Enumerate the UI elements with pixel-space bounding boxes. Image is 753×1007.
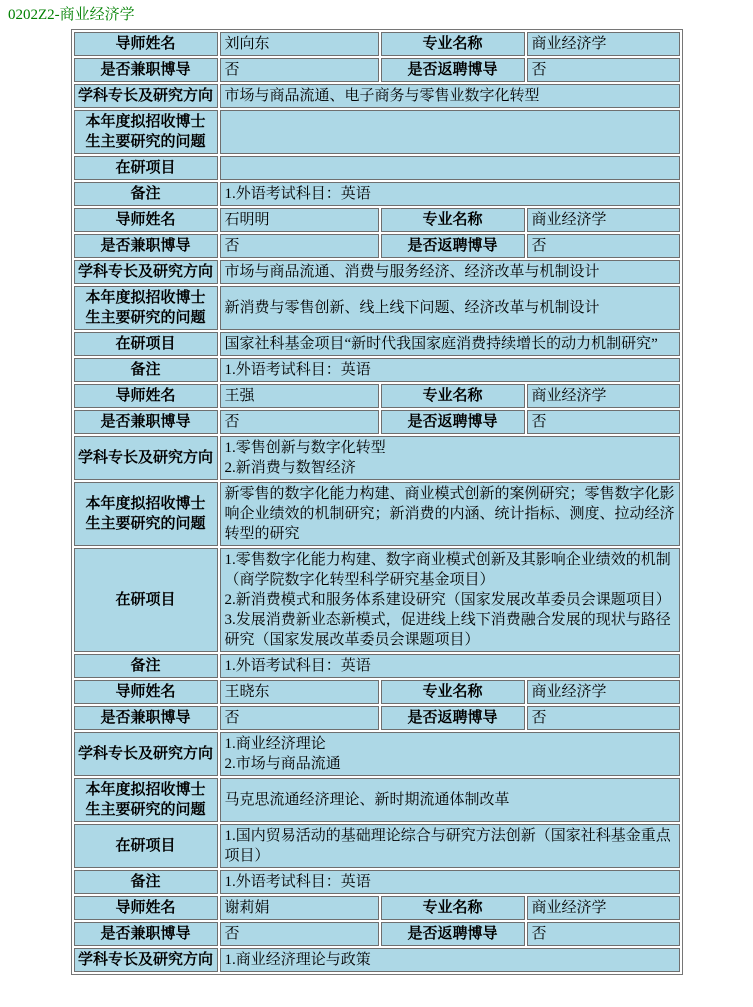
projects-value: 1.零售数字化能力构建、数字商业模式创新及其影响企业绩效的机制（商学院数字化转型… [220, 548, 680, 652]
parttime-label: 是否兼职博导 [74, 922, 218, 946]
page: 0202Z2-商业经济学 导师姓名 刘向东 专业名称 商业经济学 是否兼职博导 … [0, 0, 753, 1007]
remark-label: 备注 [74, 182, 218, 206]
parttime-label: 是否兼职博导 [74, 706, 218, 730]
remark-value: 1.外语考试科目：英语 [220, 654, 680, 678]
tutor-name-value: 王晓东 [220, 680, 379, 704]
major-value: 商业经济学 [527, 208, 680, 232]
questions-value: 新消费与零售创新、线上线下问题、经济改革与机制设计 [220, 286, 680, 330]
tutor-name-label: 导师姓名 [74, 208, 218, 232]
tutor-name-value: 谢莉娟 [220, 896, 379, 920]
tutor-block: 导师姓名 谢莉娟 专业名称 商业经济学 是否兼职博导 否 是否返聘博导 否 学科… [74, 896, 680, 972]
remark-label: 备注 [74, 358, 218, 382]
projects-label: 在研项目 [74, 332, 218, 356]
parttime-label: 是否兼职博导 [74, 234, 218, 258]
major-label: 专业名称 [381, 208, 525, 232]
questions-label: 本年度拟招收博士 生主要研究的问题 [74, 482, 218, 546]
major-value: 商业经济学 [527, 384, 680, 408]
tutor-name-value: 王强 [220, 384, 379, 408]
remark-value: 1.外语考试科目：英语 [220, 358, 680, 382]
parttime-value: 否 [220, 410, 379, 434]
tutor-name-value: 石明明 [220, 208, 379, 232]
tutor-block: 导师姓名 石明明 专业名称 商业经济学 是否兼职博导 否 是否返聘博导 否 学科… [74, 208, 680, 382]
major-label: 专业名称 [381, 896, 525, 920]
tutor-block: 导师姓名 刘向东 专业名称 商业经济学 是否兼职博导 否 是否返聘博导 否 学科… [74, 32, 680, 206]
projects-value: 1.国内贸易活动的基础理论综合与研究方法创新（国家社科基金重点项目） [220, 824, 680, 868]
parttime-value: 否 [220, 706, 379, 730]
questions-value: 马克思流通经济理论、新时期流通体制改革 [220, 778, 680, 822]
page-title: 0202Z2-商业经济学 [0, 0, 753, 29]
rehired-value: 否 [527, 922, 680, 946]
parttime-value: 否 [220, 922, 379, 946]
rehired-value: 否 [527, 58, 680, 82]
tutor-name-label: 导师姓名 [74, 680, 218, 704]
expertise-value: 市场与商品流通、电子商务与零售业数字化转型 [220, 84, 680, 108]
expertise-value: 1.零售创新与数字化转型 2.新消费与数智经济 [220, 436, 680, 480]
rehired-label: 是否返聘博导 [381, 234, 525, 258]
major-label: 专业名称 [381, 384, 525, 408]
projects-value: 国家社科基金项目“新时代我国家庭消费持续增长的动力机制研究” [220, 332, 680, 356]
major-label: 专业名称 [381, 32, 525, 56]
tutor-table: 导师姓名 刘向东 专业名称 商业经济学 是否兼职博导 否 是否返聘博导 否 学科… [71, 29, 683, 975]
projects-label: 在研项目 [74, 156, 218, 180]
rehired-value: 否 [527, 234, 680, 258]
major-value: 商业经济学 [527, 896, 680, 920]
rehired-label: 是否返聘博导 [381, 410, 525, 434]
projects-label: 在研项目 [74, 824, 218, 868]
parttime-label: 是否兼职博导 [74, 410, 218, 434]
parttime-value: 否 [220, 234, 379, 258]
expertise-value: 1.商业经济理论与政策 [220, 948, 680, 972]
tutor-name-value: 刘向东 [220, 32, 379, 56]
rehired-value: 否 [527, 410, 680, 434]
tutor-block: 导师姓名 王晓东 专业名称 商业经济学 是否兼职博导 否 是否返聘博导 否 学科… [74, 680, 680, 894]
remark-value: 1.外语考试科目：英语 [220, 870, 680, 894]
major-value: 商业经济学 [527, 32, 680, 56]
rehired-label: 是否返聘博导 [381, 922, 525, 946]
tutor-name-label: 导师姓名 [74, 32, 218, 56]
rehired-label: 是否返聘博导 [381, 706, 525, 730]
expertise-label: 学科专长及研究方向 [74, 84, 218, 108]
expertise-label: 学科专长及研究方向 [74, 260, 218, 284]
questions-label: 本年度拟招收博士 生主要研究的问题 [74, 286, 218, 330]
questions-value [220, 110, 680, 154]
remark-label: 备注 [74, 870, 218, 894]
tutor-name-label: 导师姓名 [74, 896, 218, 920]
expertise-value: 1.商业经济理论 2.市场与商品流通 [220, 732, 680, 776]
expertise-label: 学科专长及研究方向 [74, 948, 218, 972]
major-label: 专业名称 [381, 680, 525, 704]
expertise-label: 学科专长及研究方向 [74, 732, 218, 776]
questions-value: 新零售的数字化能力构建、商业模式创新的案例研究；零售数字化影响企业绩效的机制研究… [220, 482, 680, 546]
parttime-label: 是否兼职博导 [74, 58, 218, 82]
remark-label: 备注 [74, 654, 218, 678]
tutor-name-label: 导师姓名 [74, 384, 218, 408]
projects-label: 在研项目 [74, 548, 218, 652]
expertise-value: 市场与商品流通、消费与服务经济、经济改革与机制设计 [220, 260, 680, 284]
remark-value: 1.外语考试科目：英语 [220, 182, 680, 206]
projects-value [220, 156, 680, 180]
tutor-block: 导师姓名 王强 专业名称 商业经济学 是否兼职博导 否 是否返聘博导 否 学科专… [74, 384, 680, 678]
questions-label: 本年度拟招收博士 生主要研究的问题 [74, 110, 218, 154]
parttime-value: 否 [220, 58, 379, 82]
rehired-label: 是否返聘博导 [381, 58, 525, 82]
expertise-label: 学科专长及研究方向 [74, 436, 218, 480]
rehired-value: 否 [527, 706, 680, 730]
major-value: 商业经济学 [527, 680, 680, 704]
questions-label: 本年度拟招收博士 生主要研究的问题 [74, 778, 218, 822]
